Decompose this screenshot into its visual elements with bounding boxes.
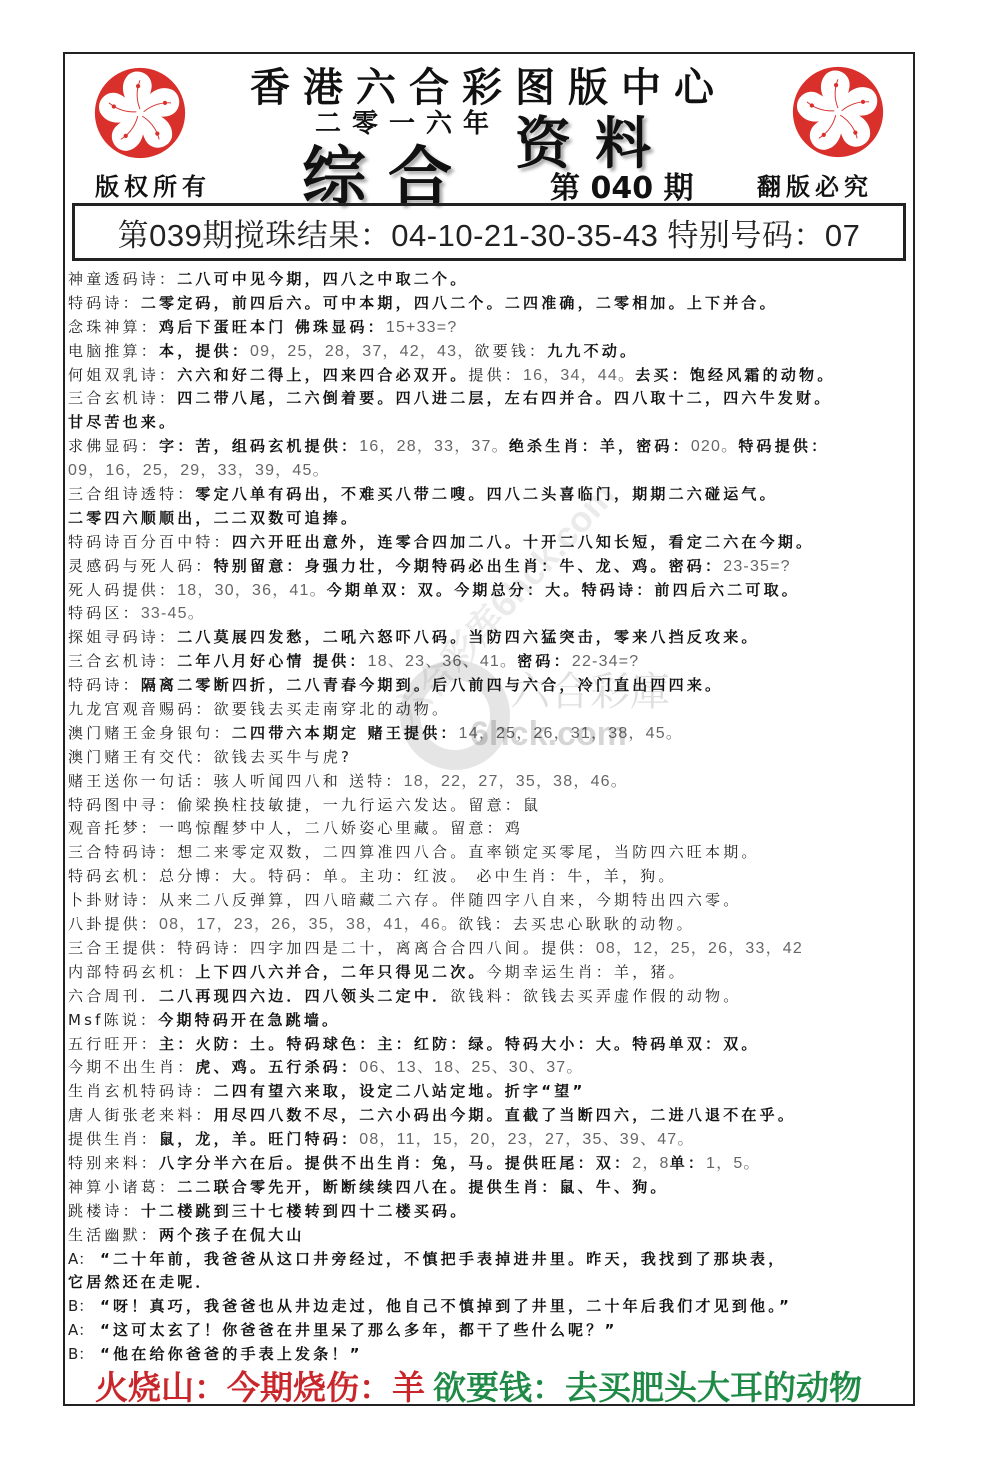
line-label: 观音托梦： bbox=[68, 819, 159, 837]
content-line: 卜卦财诗：从来二八反弹算，四八暗藏二六存。伴随四字八自来，今期特出四六零。 bbox=[68, 889, 910, 913]
line-label: 三合组诗透特： bbox=[68, 485, 195, 503]
content-line: 澳门赌王金身银句：二四带六本期定 赌王提供：14，25，26，31，38，45。 bbox=[68, 722, 910, 746]
line-text: 二四有望六来取，设定二八站定地。折字“望” bbox=[214, 1082, 586, 1100]
line-numbers: 23-35=? bbox=[723, 558, 791, 575]
line-numbers: 18，22，27，35，38，46。 bbox=[404, 773, 628, 790]
line-text: 二二联合零先开，断断续续四八在。提供生肖：鼠、牛、狗。 bbox=[177, 1178, 668, 1196]
footer-red-text: 火烧山：今期烧伤：羊 bbox=[95, 1368, 425, 1407]
line-text: 欲要钱： bbox=[474, 342, 547, 360]
content-line: 灵感码与死人码：特别留意：身强力壮，今期特码必出生肖：牛、龙、鸡。密码：23-3… bbox=[68, 555, 910, 579]
line-label: 特别来料： bbox=[68, 1154, 159, 1172]
line-numbers: 08，11，15，20，23，27，35、39、47。 bbox=[359, 1131, 694, 1148]
no-copy-caption: 翻版必究 bbox=[757, 167, 873, 202]
line-text: 总分博：大。特码：单。主功：红波。 必中生肖：牛，羊，狗。 bbox=[159, 867, 677, 885]
line-numbers: 08，12，25，26，33，42 bbox=[596, 940, 803, 957]
line-label: 神算小诸葛： bbox=[68, 1178, 177, 1196]
content-line: 观音托梦：一鸣惊醒梦中人，二八娇姿心里藏。留意：鸡 bbox=[68, 817, 910, 841]
content-line: 特码诗：二零定码，前四后六。可中本期，四八二个。二四准确，二零相加。上下并合。 bbox=[68, 292, 910, 316]
content-line: 九龙宫观音赐码：欲要钱去买走南穿北的动物。 bbox=[68, 698, 910, 722]
line-text: 二八再现四六边．四八领头二定中． bbox=[159, 987, 450, 1005]
line-text: “呀！真巧，我爸爸也从井边走过，他自己不慎掉到了井里，二十年后我们才见到他。” bbox=[100, 1297, 792, 1315]
line-text: 四二带八尾，二六倒着要。四八进二层，左右四并合。四八取十二，四六牛发财。 bbox=[177, 389, 832, 407]
line-text: 一鸣惊醒梦中人，二八娇姿心里藏。留意：鸡 bbox=[159, 819, 523, 837]
content-line: 五行旺开：主：火防：土。特码球色：主：红防：绿。特码大小：大。特码单双：双。 bbox=[68, 1033, 910, 1057]
content-line: 唐人街张老来料：用尽四八数不尽，二六小码出今期。直截了当断四六，二进八退不在乎。 bbox=[68, 1104, 910, 1128]
line-text: 二八莫展四发愁，二吼六怒吓八码。当防四六猛突击，零来八挡反攻来。 bbox=[177, 628, 759, 646]
line-text: 甘尽苦也来。 bbox=[68, 413, 177, 431]
bauhinia-flower-icon bbox=[92, 65, 188, 161]
line-label: 灵感码与死人码： bbox=[68, 557, 214, 575]
line-text: “这可太玄了！你爸爸在井里呆了那么多年，都干了些什么呢？” bbox=[100, 1321, 618, 1339]
content-line: 内部特码玄机：上下四八六并合，二年只得见二次。今期幸运生肖：羊，猪。 bbox=[68, 961, 910, 985]
line-text: 鸡后下蛋旺本门 佛珠显码： bbox=[159, 318, 386, 336]
line-text: 二八可中见今期，四八之中取二个。 bbox=[177, 270, 468, 288]
line-label: 三合特码诗： bbox=[68, 843, 177, 861]
line-label: A： bbox=[68, 1248, 100, 1272]
line-text: 欲钱去买牛与虎? bbox=[214, 748, 353, 766]
content-line: B：“呀！真巧，我爸爸也从井边走过，他自己不慎掉到了井里，二十年后我们才见到他。… bbox=[68, 1295, 910, 1319]
content-line: 生活幽默：两个孩子在侃大山 bbox=[68, 1224, 910, 1248]
line-label: 赌王送你一句话： bbox=[68, 772, 214, 790]
line-text: 去买：饱经风霜的动物。 bbox=[635, 366, 835, 384]
line-text: 想二来零定双数，二四算准四八合。直率锁定买零尾，当防四六旺本期。 bbox=[177, 843, 759, 861]
line-label: 何姐双乳诗： bbox=[68, 366, 177, 384]
line-text: 今期特码开在急跳墙。 bbox=[158, 1011, 340, 1029]
content-line: 求佛显码：字：苦，组码玄机提供：16，28，33，37。绝杀生肖：羊，密码：02… bbox=[68, 435, 910, 459]
bauhinia-flower-icon bbox=[790, 64, 886, 160]
line-label: 八卦提供： bbox=[68, 915, 159, 933]
content-line: 念珠神算：鸡后下蛋旺本门 佛珠显码：15+33=? bbox=[68, 316, 910, 340]
content-line: 特别来料：八字分半六在后。提供不出生肖：兔，马。提供旺尾：双：2，8单：1，5。 bbox=[68, 1152, 910, 1176]
line-text: 零定八单有码出，不难买八带二嗖。四八二头喜临门，期期二六碰运气。 bbox=[195, 485, 777, 503]
content-line: 提供生肖：鼠，龙，羊。旺门特码：08，11，15，20，23，27，35、39、… bbox=[68, 1128, 910, 1152]
footer-banner: 火烧山：今期烧伤：羊欲要钱：去买肥头大耳的动物 bbox=[95, 1362, 862, 1409]
line-label: 特码区： bbox=[68, 604, 141, 622]
line-text: 二零四六顺顺出，二二双数可追捧。 bbox=[68, 509, 359, 527]
line-numbers: 020。 bbox=[691, 438, 739, 455]
line-label: 特码诗： bbox=[68, 676, 141, 694]
content-line: 八卦提供：08，17，23，26，35，38，41，46。欲钱：去买忠心耿耿的动… bbox=[68, 913, 910, 937]
line-text: 虎、鸡。五行杀码： bbox=[195, 1058, 359, 1076]
line-label: 三合玄机诗： bbox=[68, 652, 177, 670]
content-line: 三合特码诗：想二来零定双数，二四算准四八合。直率锁定买零尾，当防四六旺本期。 bbox=[68, 841, 910, 865]
line-label: 生肖玄机特码诗： bbox=[68, 1082, 214, 1100]
content-line: 甘尽苦也来。 bbox=[68, 411, 910, 435]
line-numbers: 18、23、36、41。 bbox=[368, 653, 518, 670]
line-text: 今期幸运生肖：羊，猪。 bbox=[487, 963, 687, 981]
line-text: 十二楼跳到三十七楼转到四十二楼买码。 bbox=[141, 1202, 469, 1220]
content-line: 今期不出生肖：虎、鸡。五行杀码：06、13、18、25、30、37。 bbox=[68, 1056, 910, 1080]
line-numbers: 18，30，36，41。 bbox=[177, 582, 327, 599]
line-text: 六六和好二得上，四来四合必双开。 bbox=[177, 366, 468, 384]
line-label: 澳门赌王有交代： bbox=[68, 748, 214, 766]
content-line: 特码玄机：总分博：大。特码：单。主功：红波。 必中生肖：牛，羊，狗。 bbox=[68, 865, 910, 889]
content-line: 探姐寻码诗：二八莫展四发愁，二吼六怒吓八码。当防四六猛突击，零来八挡反攻来。 bbox=[68, 626, 910, 650]
footer-green-text: 欲要钱：去买肥头大耳的动物 bbox=[433, 1368, 862, 1407]
issue-number: 第 040 期 bbox=[550, 163, 694, 207]
content-line: 死人码提供：18，30，36，41。今期单双：双。今期总分：大。特码诗：前四后六… bbox=[68, 579, 910, 603]
line-label: 死人码提供： bbox=[68, 581, 177, 599]
line-label: B： bbox=[68, 1295, 100, 1319]
line-text: “他在给你爸爸的手表上发条！” bbox=[100, 1345, 363, 1363]
bauhinia-logo-icon-right bbox=[790, 64, 886, 160]
line-numbers: 06、13、18、25、30、37。 bbox=[359, 1059, 583, 1076]
content-line: 澳门赌王有交代：欲钱去买牛与虎? bbox=[68, 746, 910, 770]
line-numbers: 2，8 bbox=[632, 1155, 669, 1172]
line-text: 四六开旺出意外，连零合四加二八。十开二八知长短，看定二六在今期。 bbox=[232, 533, 814, 551]
content-line: 三合王提供：特码诗：四字加四是二十，离离合合四八间。提供：08，12，25，26… bbox=[68, 937, 910, 961]
content-line: 三合玄机诗：二年八月好心情 提供：18、23、36、41。密码：22-34=? bbox=[68, 650, 910, 674]
line-text: 九九不动。 bbox=[547, 342, 638, 360]
line-label: 今期不出生肖： bbox=[68, 1058, 195, 1076]
content-line: Msf陈说：今期特码开在急跳墙。 bbox=[68, 1009, 910, 1033]
copyright-caption: 版权所有 bbox=[95, 167, 211, 202]
content-line: 09，16，25，29，33，39，45。 bbox=[68, 459, 910, 483]
line-text: 两个孩子在侃大山 bbox=[159, 1226, 305, 1244]
line-label: 三合王提供： bbox=[68, 939, 177, 957]
content-line: 神童透码诗：二八可中见今期，四八之中取二个。 bbox=[68, 268, 910, 292]
line-label: 探姐寻码诗： bbox=[68, 628, 177, 646]
line-label: 神童透码诗： bbox=[68, 270, 177, 288]
line-label: 澳门赌王金身银句： bbox=[68, 724, 232, 742]
bauhinia-logo-icon-left bbox=[92, 65, 188, 161]
line-text: “二十年前，我爸爸从这口井旁经过，不慎把手表掉进井里。昨天，我找到了那块表， bbox=[100, 1250, 786, 1268]
line-label: 生活幽默： bbox=[68, 1226, 159, 1244]
line-label: 唐人街张老来料： bbox=[68, 1106, 214, 1124]
line-text: 字：苦，组码玄机提供： bbox=[159, 437, 359, 455]
content-line: 特码图中寻：偷梁换柱技敏捷，一九行运六发达。留意：鼠 bbox=[68, 794, 910, 818]
line-text: 上下四八六并合，二年只得见二次。 bbox=[195, 963, 486, 981]
line-text: 特别留意：身强力壮，今期特码必出生肖：牛、龙、鸡。密码： bbox=[214, 557, 724, 575]
content-line: 赌王送你一句话：骇人听闻四八和 送特：18，22，27，35，38，46。 bbox=[68, 770, 910, 794]
content-line: 生肖玄机特码诗：二四有望六来取，设定二八站定地。折字“望” bbox=[68, 1080, 910, 1104]
line-text: 特码提供： bbox=[738, 437, 829, 455]
line-label: 九龙宫观音赐码： bbox=[68, 700, 214, 718]
line-label: 特码诗： bbox=[68, 294, 141, 312]
line-text: 欲要钱去买走南穿北的动物。 bbox=[214, 700, 451, 718]
line-label: 电脑推算： bbox=[68, 342, 159, 360]
line-label: 跳楼诗： bbox=[68, 1202, 141, 1220]
content-lines: 神童透码诗：二八可中见今期，四八之中取二个。特码诗：二零定码，前四后六。可中本期… bbox=[68, 268, 910, 1367]
content-line: 它居然还在走呢． bbox=[68, 1271, 910, 1295]
content-line: A：“二十年前，我爸爸从这口井旁经过，不慎把手表掉进井里。昨天，我找到了那块表， bbox=[68, 1248, 910, 1272]
line-label: 五行旺开： bbox=[68, 1035, 159, 1053]
line-numbers: 14，25，26，31，38，45。 bbox=[459, 725, 683, 742]
line-numbers: 22-34=? bbox=[572, 653, 640, 670]
line-text: 用尽四八数不尽，二六小码出今期。直截了当断四六，二进八退不在乎。 bbox=[214, 1106, 796, 1124]
content-line: 特码区：33-45。 bbox=[68, 602, 910, 626]
line-text: 二年八月好心情 提供： bbox=[177, 652, 367, 670]
line-text: 鼠，龙，羊。旺门特码： bbox=[159, 1130, 359, 1148]
content-line: 二零四六顺顺出，二二双数可追捧。 bbox=[68, 507, 910, 531]
line-text: 二四带六本期定 赌王提供： bbox=[232, 724, 459, 742]
line-label: 念珠神算： bbox=[68, 318, 159, 336]
line-label: 提供生肖： bbox=[68, 1130, 159, 1148]
content-line: 三合组诗透特：零定八单有码出，不难买八带二嗖。四八二头喜临门，期期二六碰运气。 bbox=[68, 483, 910, 507]
line-label: 六合周刊． bbox=[68, 987, 159, 1005]
line-text: 从来二八反弹算，四八暗藏二六存。伴随四字八自来，今期特出四六零。 bbox=[159, 891, 741, 909]
line-numbers: 16，28，33，37。 bbox=[359, 438, 509, 455]
content-line: 特码诗：隔离二零断四折，二八青春今期到。后八前四与六合，冷门直出四四来。 bbox=[68, 674, 910, 698]
line-numbers: 1，5。 bbox=[706, 1155, 761, 1172]
content-line: 跳楼诗：十二楼跳到三十七楼转到四十二楼买码。 bbox=[68, 1200, 910, 1224]
line-text: 八字分半六在后。提供不出生肖：兔，马。提供旺尾：双： bbox=[159, 1154, 632, 1172]
draw-result-box: 第039期搅珠结果：04-10-21-30-35-43 特别号码：07 bbox=[72, 203, 906, 261]
line-text: 偷梁换柱技敏捷，一九行运六发达。留意：鼠 bbox=[177, 796, 541, 814]
line-text: 特码诗：四字加四是二十，离离合合四八间。提供： bbox=[177, 939, 596, 957]
line-numbers: 16，34，44。 bbox=[523, 367, 635, 384]
line-label: 内部特码玄机： bbox=[68, 963, 195, 981]
line-text: 骇人听闻四八和 送特： bbox=[214, 772, 404, 790]
line-text: 隔离二零断四折，二八青春今期到。后八前四与六合，冷门直出四四来。 bbox=[141, 676, 723, 694]
content-line: 六合周刊．二八再现四六边．四八领头二定中．欲钱料：欲钱去买弄虚作假的动物。 bbox=[68, 985, 910, 1009]
line-numbers: 33-45。 bbox=[141, 605, 205, 622]
line-text: 绝杀生肖：羊，密码： bbox=[509, 437, 691, 455]
content-line: 神算小诸葛：二二联合零先开，断断续续四八在。提供生肖：鼠、牛、狗。 bbox=[68, 1176, 910, 1200]
line-label: 三合玄机诗： bbox=[68, 389, 177, 407]
content-line: A：“这可太玄了！你爸爸在井里呆了那么多年，都干了些什么呢？” bbox=[68, 1319, 910, 1343]
line-text: 密码： bbox=[517, 652, 572, 670]
content-line: 何姐双乳诗：六六和好二得上，四来四合必双开。提供：16，34，44。去买：饱经风… bbox=[68, 364, 910, 388]
line-numbers: 09，16，25，29，33，39，45。 bbox=[68, 462, 330, 479]
line-label: 特码玄机： bbox=[68, 867, 159, 885]
line-text: 提供： bbox=[468, 366, 523, 384]
line-numbers: 15+33=? bbox=[386, 319, 458, 336]
line-label: 卜卦财诗： bbox=[68, 891, 159, 909]
line-text: 二零定码，前四后六。可中本期，四八二个。二四准确，二零相加。上下并合。 bbox=[141, 294, 778, 312]
line-text: 单： bbox=[670, 1154, 706, 1172]
content-line: 三合玄机诗：四二带八尾，二六倒着要。四八进二层，左右四并合。四八取十二，四六牛发… bbox=[68, 387, 910, 411]
line-text: 本，提供： bbox=[159, 342, 250, 360]
line-text: 它居然还在走呢． bbox=[68, 1273, 214, 1291]
line-label: 求佛显码： bbox=[68, 437, 159, 455]
line-numbers: 08，17，23，26，35，38，41，46。 bbox=[159, 916, 458, 933]
line-label: Msf陈说： bbox=[68, 1011, 158, 1029]
line-text: 欲钱：去买忠心耿耿的动物。 bbox=[458, 915, 695, 933]
line-label: 特码诗百分百中特： bbox=[68, 533, 232, 551]
draw-result-text: 第039期搅珠结果：04-10-21-30-35-43 特别号码：07 bbox=[118, 210, 861, 255]
line-label: A： bbox=[68, 1319, 100, 1343]
line-label: 特码图中寻： bbox=[68, 796, 177, 814]
line-text: 今期单双：双。今期总分：大。特码诗：前四后六二可取。 bbox=[327, 581, 800, 599]
content-line: 特码诗百分百中特：四六开旺出意外，连零合四加二八。十开二八知长短，看定二六在今期… bbox=[68, 531, 910, 555]
line-text: 主：火防：土。特码球色：主：红防：绿。特码大小：大。特码单双：双。 bbox=[159, 1035, 760, 1053]
line-text: 欲钱料：欲钱去买弄虚作假的动物。 bbox=[450, 987, 741, 1005]
line-numbers: 09，25，28，37，42，43， bbox=[250, 343, 474, 360]
content-line: 电脑推算：本，提供：09，25，28，37，42，43，欲要钱：九九不动。 bbox=[68, 340, 910, 364]
